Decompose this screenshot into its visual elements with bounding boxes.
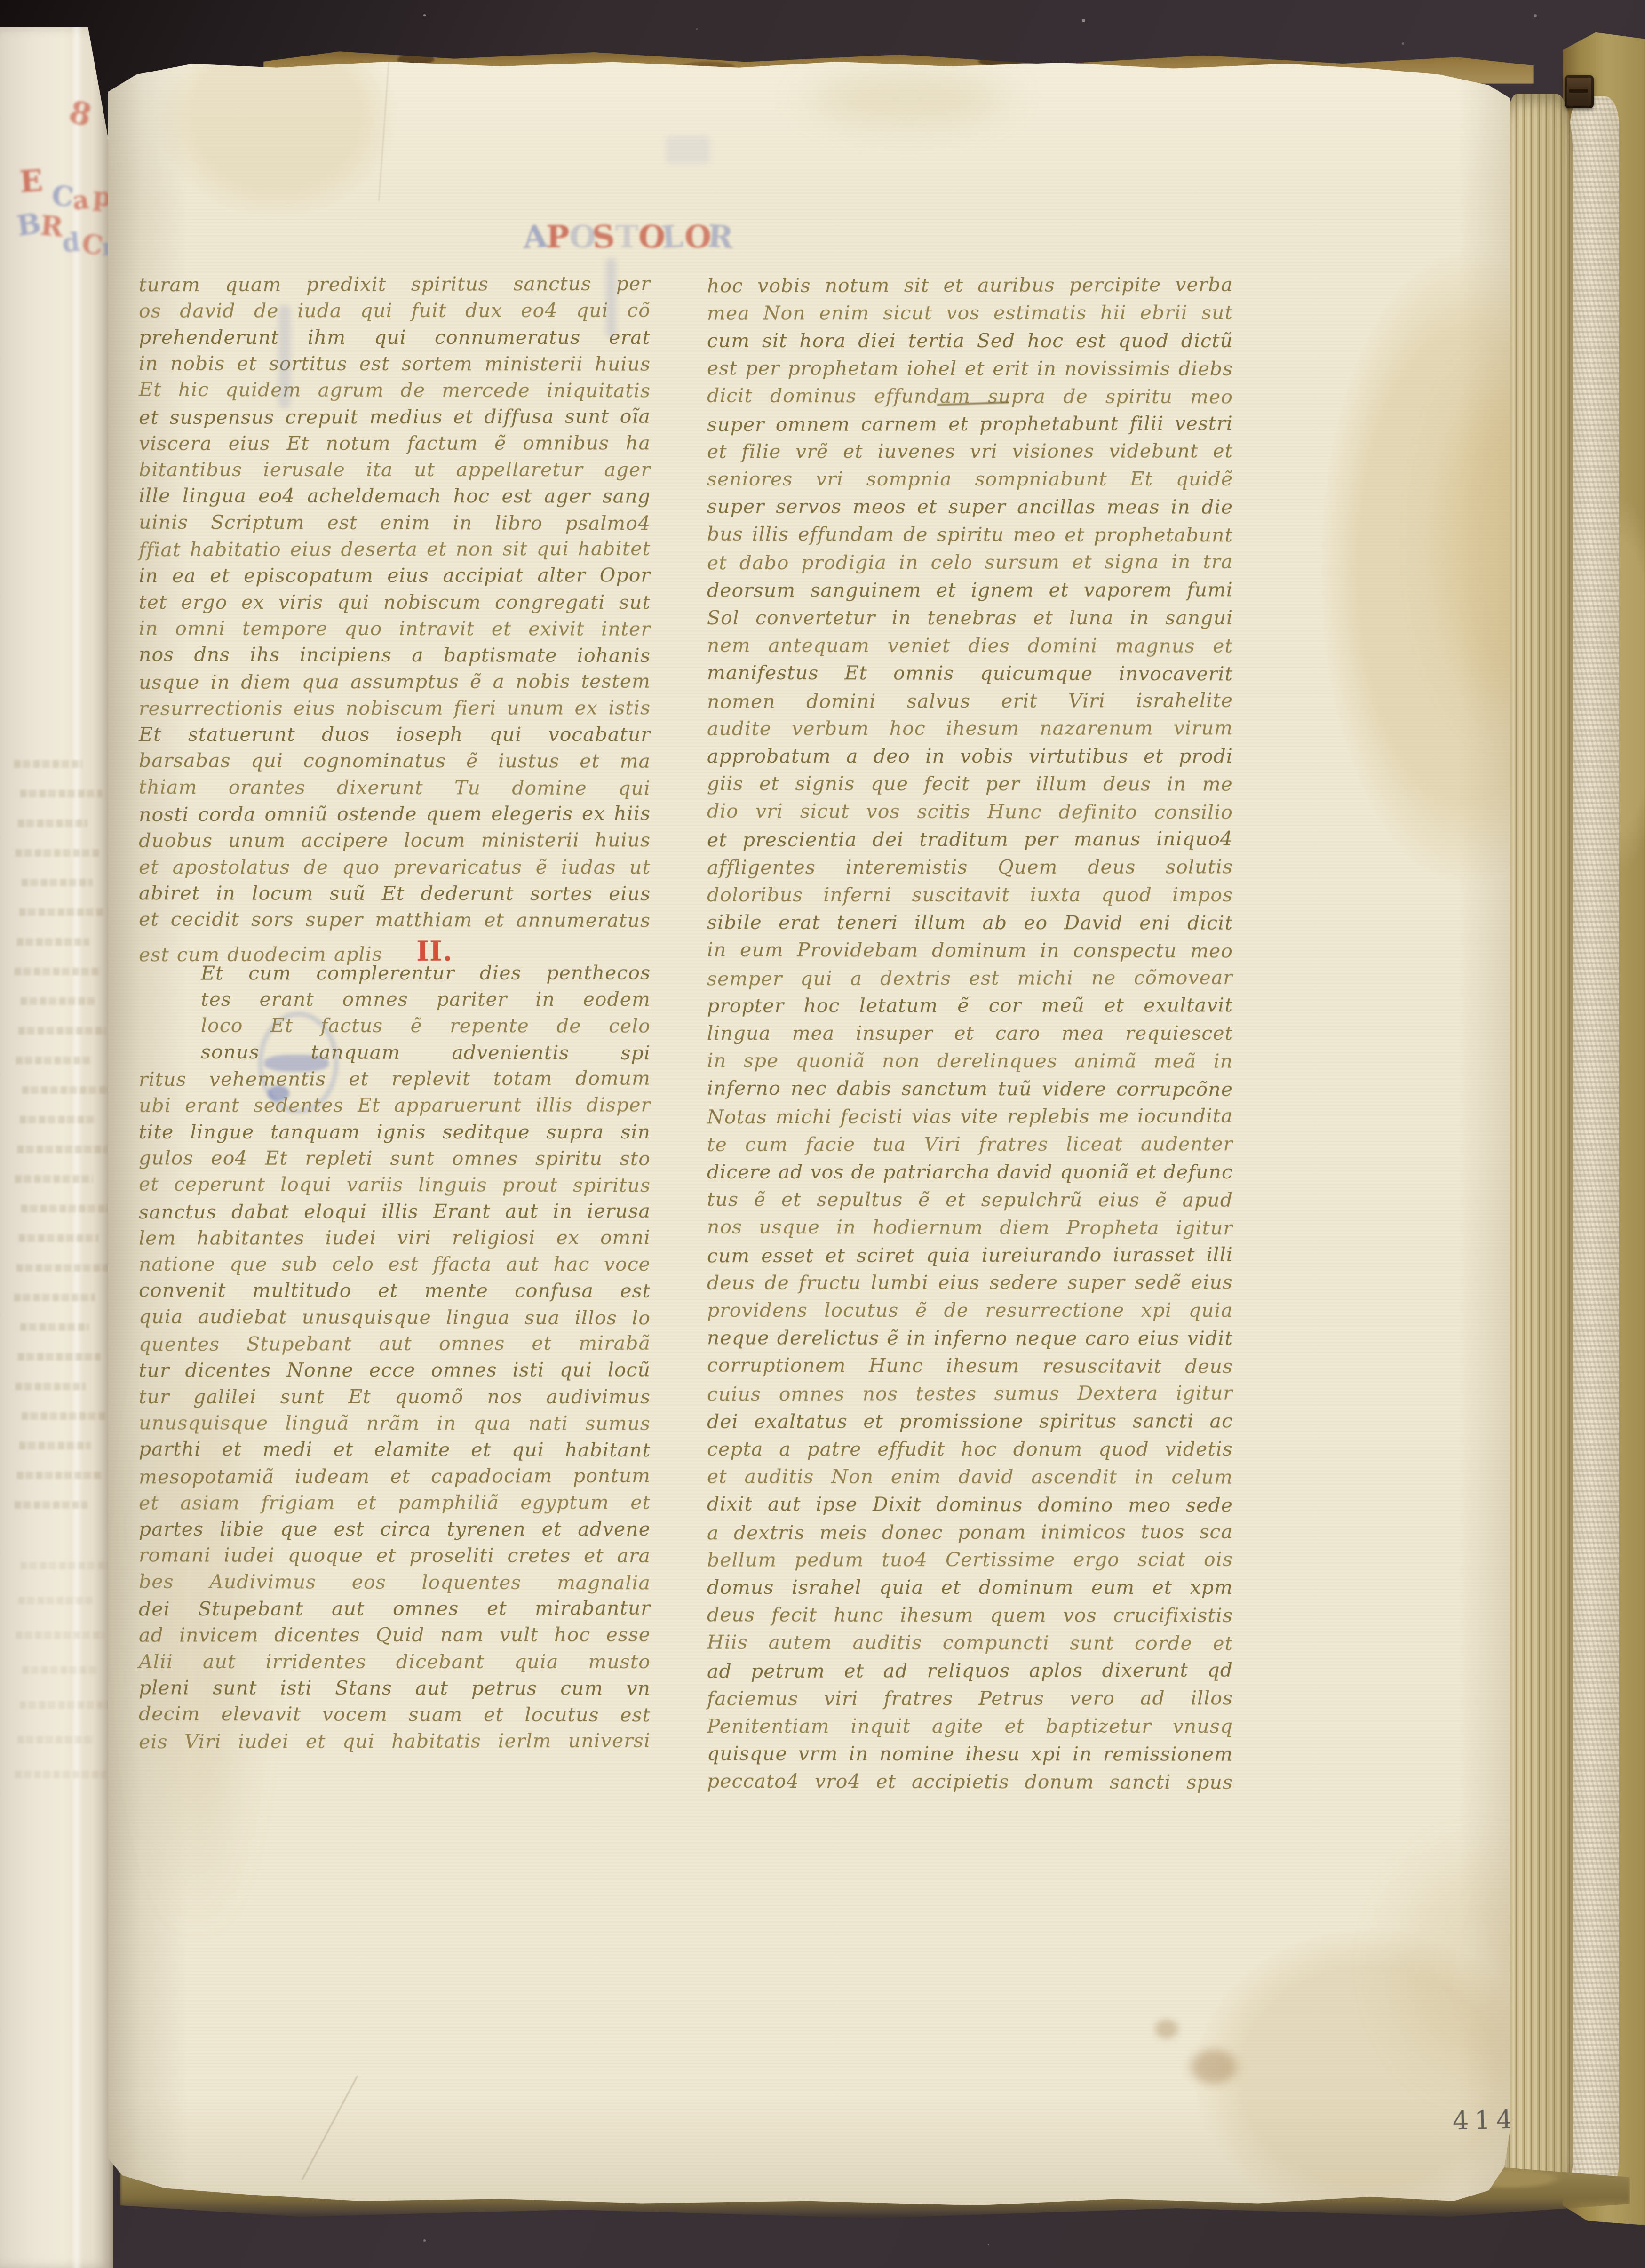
word: eni — [1139, 911, 1171, 934]
word: prodigia — [801, 551, 887, 573]
word: et — [759, 772, 779, 795]
word: est — [969, 966, 1000, 989]
illegible-text-line — [14, 760, 82, 768]
word: domine — [512, 776, 587, 799]
word: iniquo4 — [1156, 828, 1233, 850]
word: in — [892, 606, 912, 629]
word: quoque — [288, 1544, 363, 1567]
dust-speck — [696, 28, 698, 30]
word: prodi — [1179, 745, 1233, 767]
word: sepultus — [817, 1188, 903, 1210]
manuscript-line: innobisetsortitusestsortemministeriihuiu… — [139, 352, 651, 375]
running-header-letter: A — [522, 220, 548, 253]
word: sut — [619, 591, 651, 613]
word: notum — [825, 274, 890, 296]
word: et — [707, 1465, 727, 1488]
word: sub — [282, 1253, 318, 1275]
previous-page-edge: 8ECapBRdCr — [0, 27, 113, 2268]
word: apparuerunt — [394, 1094, 522, 1116]
word: mea — [792, 1022, 835, 1044]
word: variis — [347, 1173, 404, 1196]
word: loqui — [280, 1173, 332, 1196]
word: deo — [874, 745, 910, 767]
word: neque — [1015, 1327, 1078, 1349]
word: asiam — [180, 1491, 240, 1514]
word: eius — [387, 564, 429, 587]
word: statuerunt — [188, 723, 295, 746]
manuscript-line: prehenderuntihmquiconnumeratuserat — [139, 326, 651, 349]
word: et — [1065, 524, 1085, 546]
word: voce — [604, 1253, 651, 1275]
word: dictũ — [1181, 329, 1233, 352]
manuscript-line: Solconverteturintenebrasetlunainsangui — [707, 606, 1233, 629]
word: dabat — [231, 1200, 289, 1223]
word: quia — [879, 1576, 923, 1599]
word: exaltatus — [754, 1410, 848, 1432]
manuscript-line: nequederelictusẽininfernonequecaroeiusvi… — [707, 1327, 1233, 1350]
word: Viri — [1068, 689, 1105, 712]
word: ergo — [181, 591, 228, 613]
word: et — [139, 1173, 159, 1195]
word: ihm — [308, 326, 346, 349]
word: vero — [1070, 1687, 1115, 1710]
word: ac — [1210, 1409, 1233, 1432]
word: impos — [1172, 883, 1233, 906]
word: locum — [252, 882, 313, 905]
word: ihesum — [946, 1354, 1019, 1377]
manuscript-line: lemhabitantesiudeivirireligiosiexomni — [139, 1226, 651, 1249]
manuscript-line: illelinguaeo4acheldemachhocestagersang — [139, 485, 651, 508]
word: illum — [914, 911, 966, 934]
word: meo — [1013, 523, 1056, 546]
word: habitant — [565, 1439, 651, 1461]
word: audite — [707, 717, 771, 740]
word: et — [825, 1244, 845, 1266]
word: dixit — [707, 1492, 753, 1515]
word: nobiscum — [383, 591, 481, 613]
word: Viri — [924, 1133, 961, 1155]
word: liceat — [1066, 1132, 1123, 1155]
word: sors — [251, 908, 294, 931]
illegible-text-line — [14, 1294, 95, 1301]
word: circa — [380, 1518, 431, 1540]
word: quomõ — [395, 1385, 463, 1408]
word: deus — [1103, 773, 1151, 796]
word: tet — [139, 591, 167, 613]
word: sca — [1199, 1520, 1233, 1543]
blue-ink-smudge — [278, 305, 291, 408]
word: oĩa — [620, 405, 651, 427]
word: nos — [707, 1215, 742, 1238]
word: tertia — [908, 329, 965, 352]
word: omnem — [776, 413, 850, 435]
illegible-text-line — [22, 1412, 105, 1420]
word: enim — [891, 1465, 941, 1488]
word: qui — [537, 537, 569, 560]
faded-colored-letter: B — [15, 209, 43, 240]
word: doloribus — [707, 883, 803, 906]
word: vrm — [798, 1742, 838, 1765]
manuscript-line: osdaviddeiudaquifuitduxeo4quicõ — [139, 299, 651, 322]
word: sede — [1186, 1494, 1233, 1516]
manuscript-line: sonustanquamadvenientisspi — [201, 1041, 651, 1064]
manuscript-line: quisquevrminnomineihesuxpiinremissionem — [707, 1742, 1233, 1765]
word: est — [501, 485, 532, 508]
running-header-letter: L — [660, 220, 684, 253]
manuscript-line: adinvicemdicentesQuidnamvulthocesse — [139, 1623, 651, 1647]
word: in — [1040, 939, 1060, 962]
word: hoc — [961, 1438, 997, 1460]
word: omni — [175, 617, 225, 639]
manuscript-line: bellumpedumtuo4Certissimeergosciatois — [707, 1548, 1233, 1571]
word: a — [846, 745, 858, 767]
word: dicentes — [185, 1359, 271, 1382]
manuscript-line: nomendominisalvuseritViriisrahelite — [707, 689, 1233, 713]
word: sciat — [1137, 1548, 1186, 1571]
word: vocabatur — [548, 723, 651, 746]
word: et — [1104, 994, 1124, 1017]
word: habitatio — [190, 538, 281, 561]
word: unum — [228, 829, 286, 852]
word: super — [1067, 1271, 1125, 1294]
word: duobus — [139, 829, 213, 852]
word: in — [139, 352, 159, 374]
word: quo — [344, 617, 382, 640]
word: hunc — [834, 1604, 883, 1626]
word: sunt — [213, 1676, 257, 1699]
word: in — [836, 1216, 856, 1238]
manuscript-line: turgalileisuntEtquomõnosaudivimus — [139, 1385, 651, 1408]
word: auditis — [852, 1631, 922, 1654]
manuscript-line: guloseo4Etrepletisuntomnesspiritusto — [139, 1146, 651, 1170]
word: diem — [241, 670, 291, 693]
word: qua — [302, 670, 340, 693]
word: ecce — [369, 1359, 416, 1381]
word: compuncti — [943, 1631, 1049, 1655]
manuscript-line: sibileeratteneriillumabeoDavidenidicit — [707, 911, 1233, 934]
word: ceperunt — [174, 1173, 266, 1195]
word: lem — [139, 1226, 176, 1249]
manuscript-line: approbatumadeoinvobisvirtutibusetprodi — [707, 745, 1233, 767]
word: eo4 — [258, 485, 295, 507]
word: a — [779, 1438, 791, 1460]
illegible-text-line — [18, 1353, 100, 1361]
word: super — [707, 413, 765, 436]
word: in — [437, 1412, 457, 1434]
word: ancillas — [1017, 495, 1096, 518]
word: elegeris — [491, 802, 573, 825]
word: mente — [424, 1279, 488, 1302]
word: michi — [776, 1106, 832, 1128]
word: dominus — [937, 1493, 1023, 1515]
word: Alii — [139, 1650, 173, 1673]
word: magnus — [1115, 634, 1195, 657]
illegible-text-line — [15, 968, 101, 975]
word: carnem — [861, 413, 938, 435]
running-header-letter: T — [615, 221, 638, 252]
word: et — [843, 440, 863, 463]
word: erant — [260, 988, 314, 1011]
word: connumeratus — [435, 326, 580, 349]
word: tanquam — [311, 1041, 400, 1063]
word: deserta — [341, 538, 418, 560]
word: fecit — [924, 772, 970, 795]
word: ascendit — [1031, 1465, 1117, 1488]
word: exivit — [528, 617, 584, 640]
word: domino — [1038, 1493, 1113, 1516]
word: dei — [873, 828, 904, 851]
manuscript-line: doloribusinfernisuscitavitiuxtaquodimpos — [707, 883, 1233, 906]
word: totam — [493, 1067, 553, 1090]
word: et — [707, 828, 727, 851]
word: sompnia — [866, 468, 952, 490]
word: barsabas — [139, 749, 231, 772]
word: fecisti — [840, 1105, 903, 1128]
word: pontum — [573, 1464, 651, 1487]
word: tite — [139, 1121, 174, 1143]
word: Tu — [454, 776, 481, 799]
word: ab — [983, 911, 1008, 934]
word: repleti — [305, 1147, 373, 1170]
word: unusquisque — [139, 1411, 268, 1434]
blue-ink-smudge — [606, 258, 616, 338]
word: et — [1213, 1632, 1233, 1655]
word: os — [139, 300, 161, 322]
word: ad — [779, 1161, 803, 1183]
word: a — [493, 670, 505, 692]
manuscript-line: Ethicquidemagrumdemercedeiniquitatis — [139, 378, 651, 402]
word: et — [139, 908, 159, 931]
word: sin — [620, 1121, 651, 1143]
manuscript-line: affligentesinteremistisQuemdeussolutis — [707, 855, 1233, 878]
word: spe — [744, 1050, 779, 1072]
word: eo — [1024, 911, 1048, 934]
word: per — [616, 272, 651, 295]
word: ẽ — [470, 670, 482, 692]
word: et — [237, 352, 257, 374]
word: deus — [1185, 1355, 1233, 1377]
word: agrum — [318, 379, 384, 401]
word: ois — [1204, 1548, 1233, 1571]
word: eius — [1191, 1271, 1233, 1294]
manuscript-line: ineumProvidebamdominuminconspectumeo — [707, 938, 1233, 962]
word: duos — [322, 723, 370, 746]
word: ihs — [250, 643, 280, 666]
blue-ink-smudge — [666, 135, 710, 164]
word: prehenderunt — [139, 326, 279, 349]
word: Petrus — [978, 1687, 1044, 1710]
word: crucifixistis — [1113, 1604, 1233, 1627]
manuscript-line: inomnitemporequointravitetexivitinter — [139, 617, 651, 640]
word: donec — [882, 1521, 943, 1544]
word: hodiernum — [873, 1216, 983, 1239]
word: iudeam — [295, 1465, 370, 1488]
word: et — [1136, 1161, 1157, 1183]
word: vehementis — [209, 1067, 326, 1090]
manuscript-line: estperprophetamioheleteritinnovissimisdi… — [707, 357, 1233, 380]
word: ex — [556, 1226, 579, 1249]
manuscript-line: senioresvrisompniasompniabuntEtquidẽ — [707, 468, 1233, 490]
word: multitudo — [253, 1279, 352, 1302]
word: omnis — [893, 661, 954, 684]
manuscript-line: Penitentiaminquitagiteetbaptizeturvnusq — [707, 1715, 1233, 1737]
word: et — [1049, 579, 1069, 601]
word: romani — [139, 1544, 211, 1567]
word: david — [997, 1161, 1053, 1183]
word: illis — [381, 1200, 419, 1222]
manuscript-line: nosdnsihsincipiensabaptismateiohanis — [139, 643, 651, 667]
stain — [790, 65, 1025, 131]
word: ha — [626, 431, 651, 454]
manuscript-line: dixitautipseDixitdominusdominomeosede — [707, 1492, 1233, 1516]
word: ubi — [139, 1094, 171, 1117]
word: celo — [609, 1015, 651, 1037]
word: super — [948, 495, 1006, 518]
manuscript-line: Etstatueruntduosiosephquivocabatur — [139, 723, 651, 746]
word: spiritus — [573, 1174, 651, 1196]
manuscript-line: nosusqueinhodiernumdiemProphetaigitur — [707, 1215, 1233, 1239]
word: tuũ — [998, 1077, 1032, 1100]
word: eius — [294, 697, 335, 719]
word: Hunc — [987, 800, 1042, 823]
word: eum — [740, 938, 784, 961]
manuscript-line: etfilievrẽetiuvenesvrivisionesvidebuntet — [707, 440, 1233, 463]
word: diffusa — [484, 405, 554, 428]
word: locũ — [608, 1359, 651, 1381]
word: qui — [576, 299, 609, 322]
word: accipietis — [912, 1770, 1009, 1793]
word: congregati — [495, 591, 605, 613]
word: et — [876, 1770, 896, 1792]
manuscript-line: auditeverbumhocihesumnazarenumvirum — [707, 717, 1233, 740]
word: David — [1064, 911, 1123, 934]
word: repente — [450, 1014, 529, 1037]
word: fuit — [411, 299, 446, 322]
word: teneri — [837, 911, 898, 933]
manuscript-line: ritusvehementisetreplevittotamdomum — [139, 1067, 651, 1091]
word: iurasset — [1113, 1243, 1195, 1265]
word: et — [1144, 745, 1164, 767]
word: dux — [465, 299, 502, 322]
manuscript-line: bitantibusierusaleitautappellareturager — [139, 458, 651, 481]
word: xpi — [1141, 1299, 1172, 1321]
word: ẽ — [494, 432, 506, 454]
word: ẽ — [536, 856, 548, 878]
manuscript-line: ubierantsedentesEtapparueruntillisdisper — [139, 1094, 651, 1117]
word: cõmovear — [1134, 966, 1233, 989]
manuscript-line: sanctusdabateloquiillisErantautinierusa — [139, 1199, 651, 1223]
word: petrus — [471, 1677, 537, 1699]
word: cecidit — [171, 908, 239, 931]
word: Providebam — [797, 939, 918, 962]
word: cum — [248, 962, 291, 984]
word: Et — [358, 1094, 380, 1116]
word: uinis — [139, 510, 188, 533]
parchment-crack — [379, 60, 389, 201]
textile-band — [1570, 96, 1619, 2191]
manuscript-line: visceraeiusEtnotumfactumẽomnibusha — [139, 431, 651, 454]
illegible-text-line — [17, 1472, 102, 1479]
word: sedẽ — [1135, 1271, 1182, 1294]
word: Sol — [707, 606, 739, 629]
word: dicere — [707, 1161, 771, 1183]
word: dei — [139, 1598, 170, 1620]
word: est — [388, 1253, 419, 1275]
word: sit — [904, 274, 930, 296]
word: esset — [761, 1244, 814, 1266]
word: et — [1033, 606, 1053, 629]
word: cum — [560, 1677, 603, 1699]
word: igitur — [1176, 1217, 1233, 1239]
manuscript-line: etasiamfrigiametpamphiliãegyptumet — [139, 1491, 651, 1514]
word: predixit — [306, 273, 386, 295]
word: vnusq — [1173, 1715, 1233, 1737]
faded-colored-letter: a — [71, 186, 90, 213]
word: est — [620, 1703, 651, 1726]
word: tua — [873, 1133, 906, 1155]
word: vult — [500, 1623, 539, 1646]
word: in — [1135, 1465, 1154, 1488]
manuscript-line: etprescientiadeitraditumpermanusiniquo4 — [707, 828, 1233, 851]
word: lumbi — [871, 1271, 929, 1294]
illegible-text-line — [19, 908, 104, 916]
word: unusquisque — [302, 1305, 431, 1329]
word: loquentes — [421, 1571, 521, 1594]
word: elamite — [374, 1438, 451, 1461]
word: lingua — [446, 1306, 510, 1329]
word: ierlm — [498, 1729, 551, 1752]
manuscript-line: Hiisautemauditiscompunctisuntcordeet — [707, 1631, 1233, 1655]
word: propter — [707, 995, 784, 1017]
word: quidẽ — [1176, 468, 1233, 490]
word: dextris — [880, 967, 951, 989]
word: ita — [366, 458, 393, 481]
word: et — [844, 1660, 864, 1682]
word: incipiens — [300, 644, 392, 666]
word: pamphiliã — [398, 1491, 499, 1514]
word: Non — [831, 1465, 874, 1488]
manuscript-line: nationequesubceloestffactaauthacvoce — [139, 1253, 651, 1275]
word: ad — [707, 1660, 732, 1682]
illegible-text-line — [21, 1562, 107, 1569]
word: tur — [139, 1385, 169, 1408]
word: quentes — [139, 1333, 220, 1355]
word: meas — [1107, 496, 1160, 518]
word: seniores — [707, 468, 793, 490]
word: spi — [621, 1042, 651, 1064]
dust-speck — [1534, 14, 1537, 17]
word: michi — [1017, 966, 1073, 989]
word: sumus — [585, 1412, 651, 1434]
word: et — [1213, 634, 1233, 657]
word: fieri — [454, 697, 496, 719]
word: et — [139, 406, 159, 429]
word: ihesu — [965, 1743, 1020, 1765]
manuscript-line: deorsumsanguinemetignemetvaporemfumi — [707, 578, 1233, 601]
manuscript-line: decimelevavitvocemsuametlocutusest — [139, 1703, 651, 1727]
word: supra — [547, 1121, 604, 1143]
word: Et — [265, 1147, 287, 1170]
illegible-text-line — [15, 1175, 93, 1183]
word: deus — [1088, 855, 1136, 878]
word: eos — [352, 1570, 386, 1593]
word: inimicos — [1041, 1520, 1126, 1543]
word: dixerunt — [337, 776, 423, 798]
word: ritus — [139, 1068, 187, 1090]
manuscript-line: ineaetepiscopatumeiusaccipiatalterOpor — [139, 564, 651, 587]
illegible-text-line — [18, 820, 87, 827]
word: dicentes — [274, 1623, 360, 1646]
